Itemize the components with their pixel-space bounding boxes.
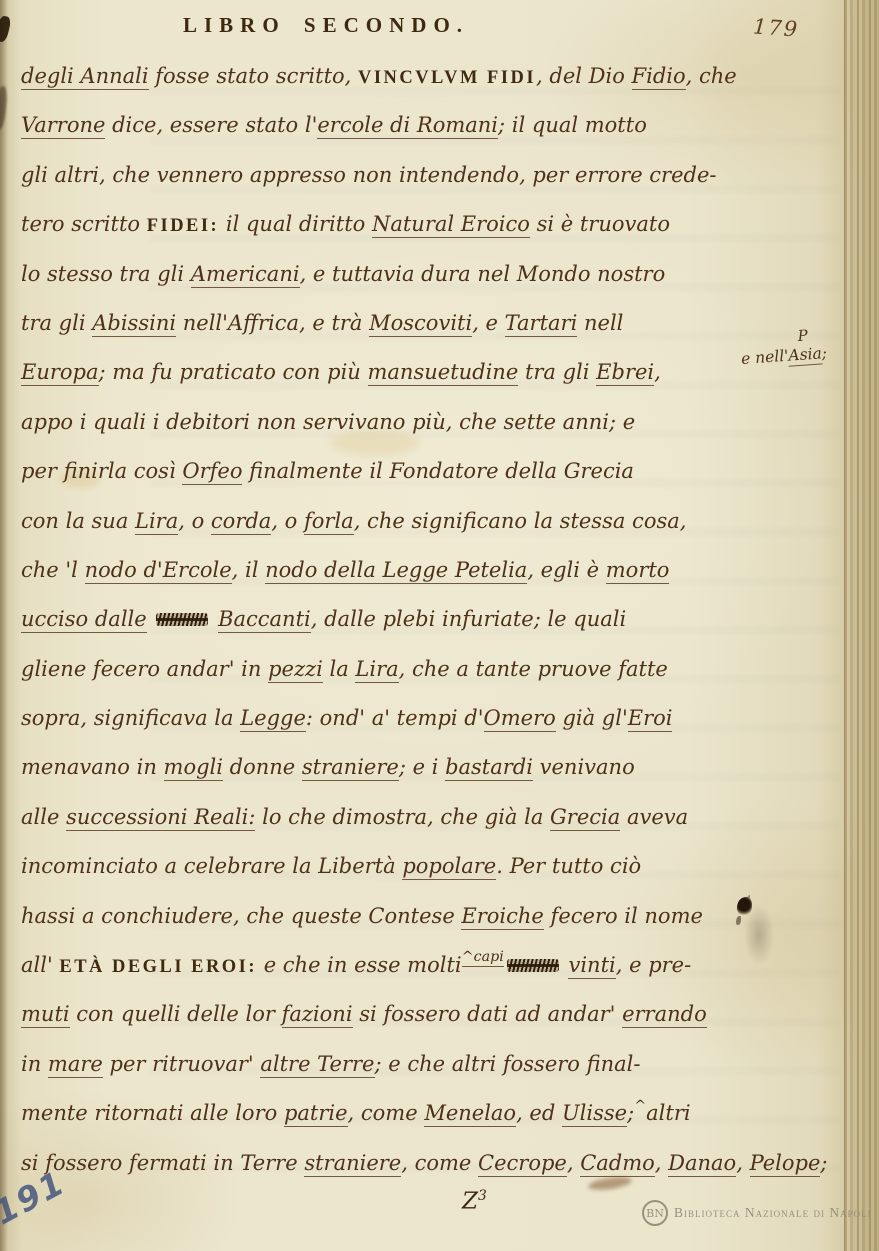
text-segment: altre Terre: [260, 1052, 374, 1078]
text-segment: all': [21, 953, 59, 977]
manuscript-line: menavano in mogli donne straniere; e i b…: [21, 743, 789, 792]
catchword-letter: Z: [462, 1189, 478, 1215]
text-segment: vinti: [568, 953, 615, 979]
text-segment: straniere: [304, 1151, 401, 1177]
text-segment: mansuetudine: [368, 360, 519, 386]
text-segment: con quelli delle lor: [70, 1002, 282, 1026]
text-segment: sopra, significava la: [21, 706, 240, 730]
manuscript-line: Europa; ma fu praticato con più mansuetu…: [21, 348, 789, 397]
text-segment: ; ma fu praticato con più: [99, 360, 368, 384]
catchword-number: 3: [478, 1188, 487, 1204]
text-segment: già gl': [556, 706, 628, 730]
text-segment: VINCVLVM FIDI: [358, 67, 536, 87]
text-segment: errando: [622, 1002, 707, 1028]
text-segment: nell: [577, 311, 623, 335]
catchword: Z3: [462, 1188, 487, 1215]
manuscript-line: gliene fecero andar' in pezzi la Lira, c…: [21, 645, 789, 694]
text-segment: Eroiche: [461, 904, 543, 930]
text-segment: per ritruovar': [103, 1052, 261, 1076]
folio-number: 179: [752, 14, 800, 41]
manuscript-line: che 'l nodo d'Ercole, il nodo della Legg…: [21, 546, 789, 595]
text-segment: muti: [21, 1002, 70, 1028]
manuscript-text: degli Annali fosse stato scritto, VINCVL…: [21, 52, 789, 1188]
text-segment: hassi a conchiudere, che queste Contese: [21, 904, 461, 928]
text-segment: , o: [178, 509, 211, 533]
text-segment: Fidio: [632, 64, 686, 90]
text-segment: il qual diritto: [219, 212, 372, 236]
manuscript-line: sopra, significava la Legge: ond' a' tem…: [21, 694, 789, 743]
manuscript-line: alle successioni Reali: lo che dimostra,…: [21, 793, 789, 842]
text-segment: pezzi: [268, 657, 323, 683]
text-segment: Tartari: [505, 311, 578, 337]
text-segment: ^capi: [462, 949, 504, 967]
text-segment: straniere: [302, 755, 399, 781]
text-segment: fosse stato scritto,: [149, 64, 358, 88]
text-segment: Menelao: [424, 1101, 516, 1127]
text-segment: Eroi: [628, 706, 673, 732]
text-segment: mente ritornati alle loro: [21, 1101, 284, 1125]
text-segment: , o: [271, 509, 304, 533]
manuscript-line: tra gli Abissini nell'Affrica, e trà Mos…: [21, 299, 789, 348]
text-segment: lo che dimostra, che già la: [255, 805, 550, 829]
text-segment: ,: [654, 360, 661, 384]
text-segment: , egli è: [527, 558, 605, 582]
text-segment: ;: [820, 1151, 827, 1175]
text-segment: Abissini: [92, 311, 176, 337]
strikeout-scribble: [156, 613, 208, 626]
text-segment: Pelope: [750, 1151, 821, 1177]
text-segment: , e tuttavia dura nel Mondo nostro: [300, 262, 666, 286]
manuscript-line: tero scritto FIDEI: il qual diritto Natu…: [21, 200, 789, 249]
text-segment: nodo d'Ercole: [85, 558, 232, 584]
text-segment: in: [21, 1052, 48, 1076]
text-segment: Europa: [21, 360, 99, 386]
text-segment: , che significano la stessa cosa,: [354, 509, 687, 533]
text-segment: , e: [472, 311, 504, 335]
text-segment: che 'l: [21, 558, 85, 582]
text-segment: successioni Reali:: [66, 805, 255, 831]
text-segment: Varrone: [21, 113, 105, 139]
text-segment: forla: [304, 509, 354, 535]
text-segment: ; e i: [399, 755, 445, 779]
manuscript-page: LIBRO SECONDO. 179 degli Annali fosse st…: [0, 0, 879, 1251]
text-segment: bastardi: [445, 755, 533, 781]
text-segment: patrie: [284, 1101, 348, 1127]
text-segment: menavano in: [21, 755, 164, 779]
text-segment: e nell': [740, 347, 789, 368]
library-stamp: BN Biblioteca Nazionale di Napoli: [642, 1200, 872, 1226]
text-segment: fecero il nome: [544, 904, 703, 928]
text-segment: con la sua: [21, 509, 135, 533]
manuscript-line: all' ETÀ DEGLI EROI: e che in esse molti…: [21, 941, 789, 990]
text-segment: ,: [736, 1151, 749, 1175]
manuscript-line: incominciato a celebrare la Libertà popo…: [21, 842, 789, 891]
library-stamp-text: Biblioteca Nazionale di Napoli: [674, 1205, 872, 1221]
text-segment: ETÀ DEGLI EROI:: [59, 956, 257, 976]
insertion-mark: P: [797, 326, 808, 345]
text-segment: Orfeo: [182, 459, 242, 485]
text-segment: aveva: [620, 805, 688, 829]
text-segment: , come: [401, 1151, 478, 1175]
text-segment: tra gli: [518, 360, 596, 384]
text-segment: si è truovato: [530, 212, 670, 236]
text-segment: , ed: [516, 1101, 562, 1125]
page-edge-right: [844, 0, 879, 1251]
text-segment: ucciso dalle: [21, 607, 147, 633]
text-segment: popolare: [402, 854, 496, 880]
manuscript-line: con la sua Lira, o corda, o forla, che s…: [21, 497, 789, 546]
text-segment: nell'Affrica, e trà: [176, 311, 369, 335]
text-segment: ^: [634, 1098, 646, 1114]
text-segment: altri: [646, 1101, 690, 1125]
text-segment: ; il qual motto: [498, 113, 647, 137]
manuscript-line: in mare per ritruovar' altre Terre; e ch…: [21, 1040, 789, 1089]
text-segment: Moscoviti: [369, 311, 472, 337]
manuscript-line: ucciso dalle Baccanti, dalle plebi infur…: [21, 595, 789, 644]
text-segment: degli Annali: [21, 64, 149, 90]
manuscript-line: appo i quali i debitori non servivano pi…: [21, 398, 789, 447]
manuscript-line: lo stesso tra gli Americani, e tuttavia …: [21, 250, 789, 299]
library-stamp-icon: BN: [642, 1200, 668, 1226]
manuscript-line: Varrone dice, essere stato l'ercole di R…: [21, 101, 789, 150]
text-segment: [147, 607, 154, 631]
text-segment: la: [323, 657, 356, 681]
text-segment: mogli: [164, 755, 223, 781]
text-segment: si fossero dati ad andar': [353, 1002, 623, 1026]
text-segment: dice, essere stato l': [105, 113, 317, 137]
text-segment: per finirla così: [21, 459, 182, 483]
text-segment: gli altri, che vennero appresso non inte…: [21, 163, 717, 187]
manuscript-line: degli Annali fosse stato scritto, VINCVL…: [21, 52, 789, 101]
text-segment: appo i quali i debitori non servivano pi…: [21, 410, 635, 434]
text-segment: , e pre-: [616, 953, 691, 977]
text-segment: , che: [686, 64, 737, 88]
text-segment: mare: [48, 1052, 103, 1078]
text-segment: FIDEI:: [147, 215, 219, 235]
text-segment: , dalle plebi infuriate; le quali: [311, 607, 626, 631]
text-segment: corda: [211, 509, 271, 535]
text-segment: venivano: [533, 755, 635, 779]
text-segment: lo stesso tra gli: [21, 262, 191, 286]
text-segment: Danao: [668, 1151, 736, 1177]
text-segment: , come: [348, 1101, 425, 1125]
manuscript-line: muti con quelli delle lor fazioni si fos…: [21, 990, 789, 1039]
text-segment: si fossero fermati in Terre: [21, 1151, 304, 1175]
text-segment: tra gli: [21, 311, 92, 335]
page-edge-left: [0, 0, 8, 1251]
text-segment: donne: [223, 755, 302, 779]
text-segment: Grecia: [550, 805, 620, 831]
text-segment: ,: [567, 1151, 580, 1175]
text-segment: , il: [232, 558, 265, 582]
text-segment: Natural Eroico: [372, 212, 530, 238]
text-segment: , del Dio: [536, 64, 631, 88]
text-segment: , che a tante pruove fatte: [399, 657, 668, 681]
text-segment: Americani: [191, 262, 300, 288]
text-segment: Ebrei: [596, 360, 654, 386]
paper-scuff: [744, 905, 774, 965]
text-segment: . Per tutto ciò: [496, 854, 641, 878]
manuscript-line: si fossero fermati in Terre straniere, c…: [21, 1139, 789, 1188]
manuscript-line: per finirla così Orfeo finalmente il Fon…: [21, 447, 789, 496]
page-title: LIBRO SECONDO.: [183, 13, 469, 38]
manuscript-line: hassi a conchiudere, che queste Contese …: [21, 892, 789, 941]
text-segment: alle: [21, 805, 66, 829]
text-segment: ; e che altri fossero final-: [375, 1052, 641, 1076]
text-segment: tero scritto: [21, 212, 147, 236]
strikeout-scribble: [507, 959, 559, 972]
text-segment: Baccanti: [218, 607, 311, 633]
text-segment: fazioni: [282, 1002, 353, 1028]
text-segment: Cecrope: [478, 1151, 567, 1177]
text-segment: incominciato a celebrare la Libertà: [21, 854, 402, 878]
text-segment: Lira: [355, 657, 398, 683]
text-segment: Asia: [788, 344, 823, 366]
text-segment: ercole di Romani: [317, 113, 498, 139]
text-segment: nodo della Legge Petelia: [265, 558, 527, 584]
text-segment: Omero: [484, 706, 556, 732]
text-segment: : ond' a' tempi d': [306, 706, 484, 730]
text-segment: Lira: [135, 509, 178, 535]
text-segment: gliene fecero andar' in: [21, 657, 268, 681]
text-segment: ,: [655, 1151, 668, 1175]
text-segment: finalmente il Fondatore della Grecia: [242, 459, 633, 483]
text-segment: Legge: [240, 706, 306, 732]
text-segment: ;: [821, 344, 827, 362]
text-segment: e che in esse molti: [257, 953, 462, 977]
text-segment: morto: [606, 558, 670, 584]
manuscript-line: gli altri, che vennero appresso non inte…: [21, 151, 789, 200]
text-segment: Ulisse: [562, 1101, 627, 1127]
manuscript-line: mente ritornati alle loro patrie, come M…: [21, 1089, 789, 1138]
text-segment: Cadmo: [580, 1151, 655, 1177]
